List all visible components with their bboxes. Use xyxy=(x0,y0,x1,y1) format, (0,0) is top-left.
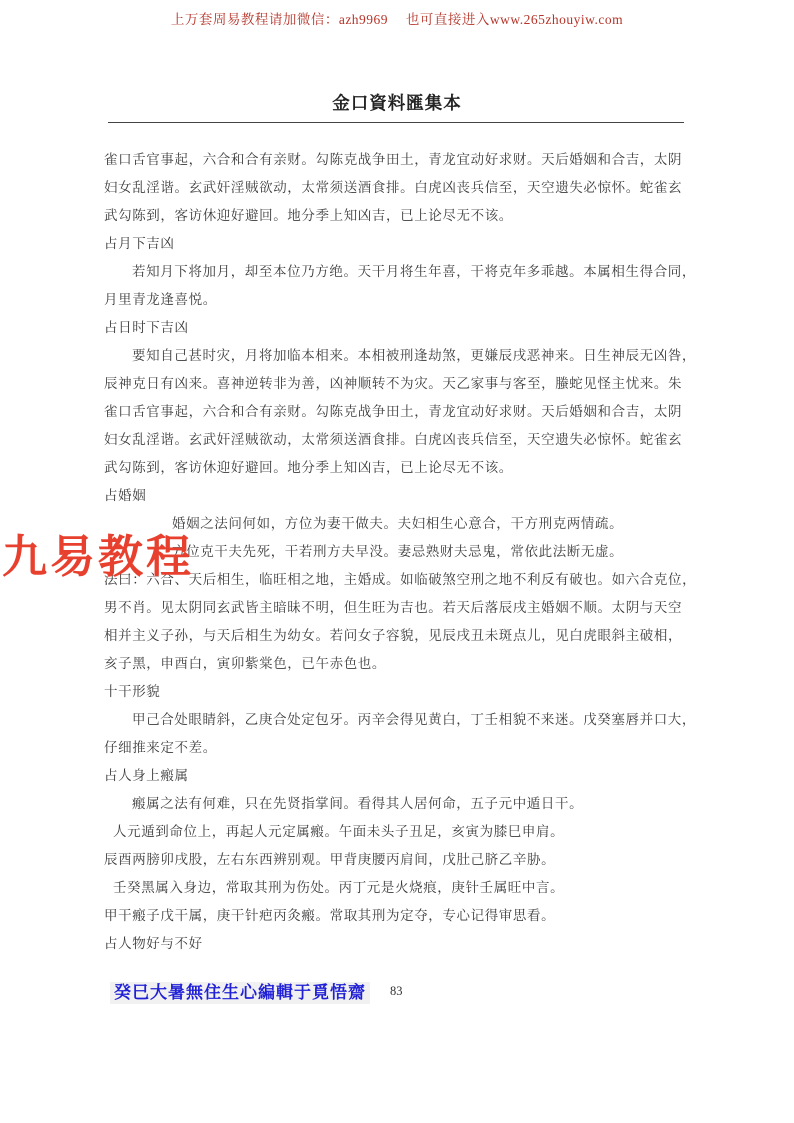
text-line: 瘢属之法有何难，只在先贤指掌间。看得其人居何命，五子元中遁日干。 xyxy=(104,790,692,818)
text-line: 武勾陈到，客访休迎好避回。地分季上知凶吉，已上论尽无不该。 xyxy=(104,202,692,230)
text-line: 若知月下将加月，却至本位乃方绝。天干月将生年喜，干将克年多乖越。本属相生得合同， xyxy=(104,258,692,286)
section-heading: 占人物好与不好 xyxy=(104,930,692,958)
section-heading: 十干形貌 xyxy=(104,678,692,706)
text-line: 仔细推来定不差。 xyxy=(104,734,692,762)
section-heading: 占日时下吉凶 xyxy=(104,314,692,342)
text-line: 辰神克日有凶来。喜神逆转非为善，凶神顺转不为灾。天乙家事与客至，螣蛇见怪主忧来。… xyxy=(104,370,692,398)
text-line: 妇女乱淫谐。玄武奸淫贼欲动，太常须送酒食排。白虎凶丧兵信至，天空遗失必惊怀。蛇雀… xyxy=(104,174,692,202)
title-divider xyxy=(108,122,684,123)
text-line: 甲干瘢子戊干属，庚干针疤丙灸瘢。常取其刑为定夺，专心记得审思看。 xyxy=(104,902,692,930)
text-line: 辰酉两膀卯戌股，左右东西辨别观。甲背庚腰丙肩间，戊肚己脐乙辛胁。 xyxy=(104,846,692,874)
promo-header-text: 上万套周易教程请加微信：azh9969 也可直接进入www.265zhouyiw… xyxy=(0,8,794,28)
document-page: 上万套周易教程请加微信：azh9969 也可直接进入www.265zhouyiw… xyxy=(0,0,794,1123)
text-line: 相并主义子孙，与天后相生为幼女。若问女子容貌，见辰戌丑未斑点儿，见白虎眼斜主破相… xyxy=(104,622,692,650)
text-line: 月里青龙逢喜悦。 xyxy=(104,286,692,314)
text-line: 亥子黑，申酉白，寅卯紫棠色，已午赤色也。 xyxy=(104,650,692,678)
text-line: 甲己合处眼睛斜，乙庚合处定包牙。丙辛会得见黄白，丁壬相貌不来迷。戊癸塞唇并口大， xyxy=(104,706,692,734)
page-number: 83 xyxy=(390,984,403,999)
watermark-text: 九易教程 xyxy=(2,534,194,579)
text-line: 武勾陈到，客访休迎好避回。地分季上知凶吉，已上论尽无不该。 xyxy=(104,454,692,482)
text-line: 要知自己甚时灾，月将加临本相来。本相被刑逢劫煞，更嫌辰戌恶神来。日生神辰无凶咎， xyxy=(104,342,692,370)
text-line: 人元遁到命位上，再起人元定属瘢。午面未头子丑足，亥寅为膝巳申肩。 xyxy=(104,818,692,846)
section-heading: 占人身上瘢属 xyxy=(104,762,692,790)
text-line: 男不肖。见太阴同玄武皆主暗昧不明，但生旺为吉也。若天后落辰戌主婚姻不顺。太阴与天… xyxy=(104,594,692,622)
text-line: 雀口舌官事起，六合和合有亲财。勾陈克战争田土，青龙宜动好求财。天后婚姻和合吉，太… xyxy=(104,146,692,174)
text-line: 妇女乱淫谐。玄武奸淫贼欲动，太常须送酒食排。白虎凶丧兵信至，天空遗失必惊怀。蛇雀… xyxy=(104,426,692,454)
text-line: 壬癸黑属入身边，常取其刑为伤处。丙丁元是火烧痕，庚针壬属旺中言。 xyxy=(104,874,692,902)
page-title: 金口資料匯集本 xyxy=(0,90,794,115)
text-line: 雀口舌官事起，六合和合有亲财。勾陈克战争田土，青龙宜动好求财。天后婚姻和合吉，太… xyxy=(104,398,692,426)
editor-footer-note: 癸巳大暑無住生心編輯于覓悟齋 xyxy=(110,982,370,1004)
section-heading: 占月下吉凶 xyxy=(104,230,692,258)
section-heading: 占婚姻 xyxy=(104,482,692,510)
